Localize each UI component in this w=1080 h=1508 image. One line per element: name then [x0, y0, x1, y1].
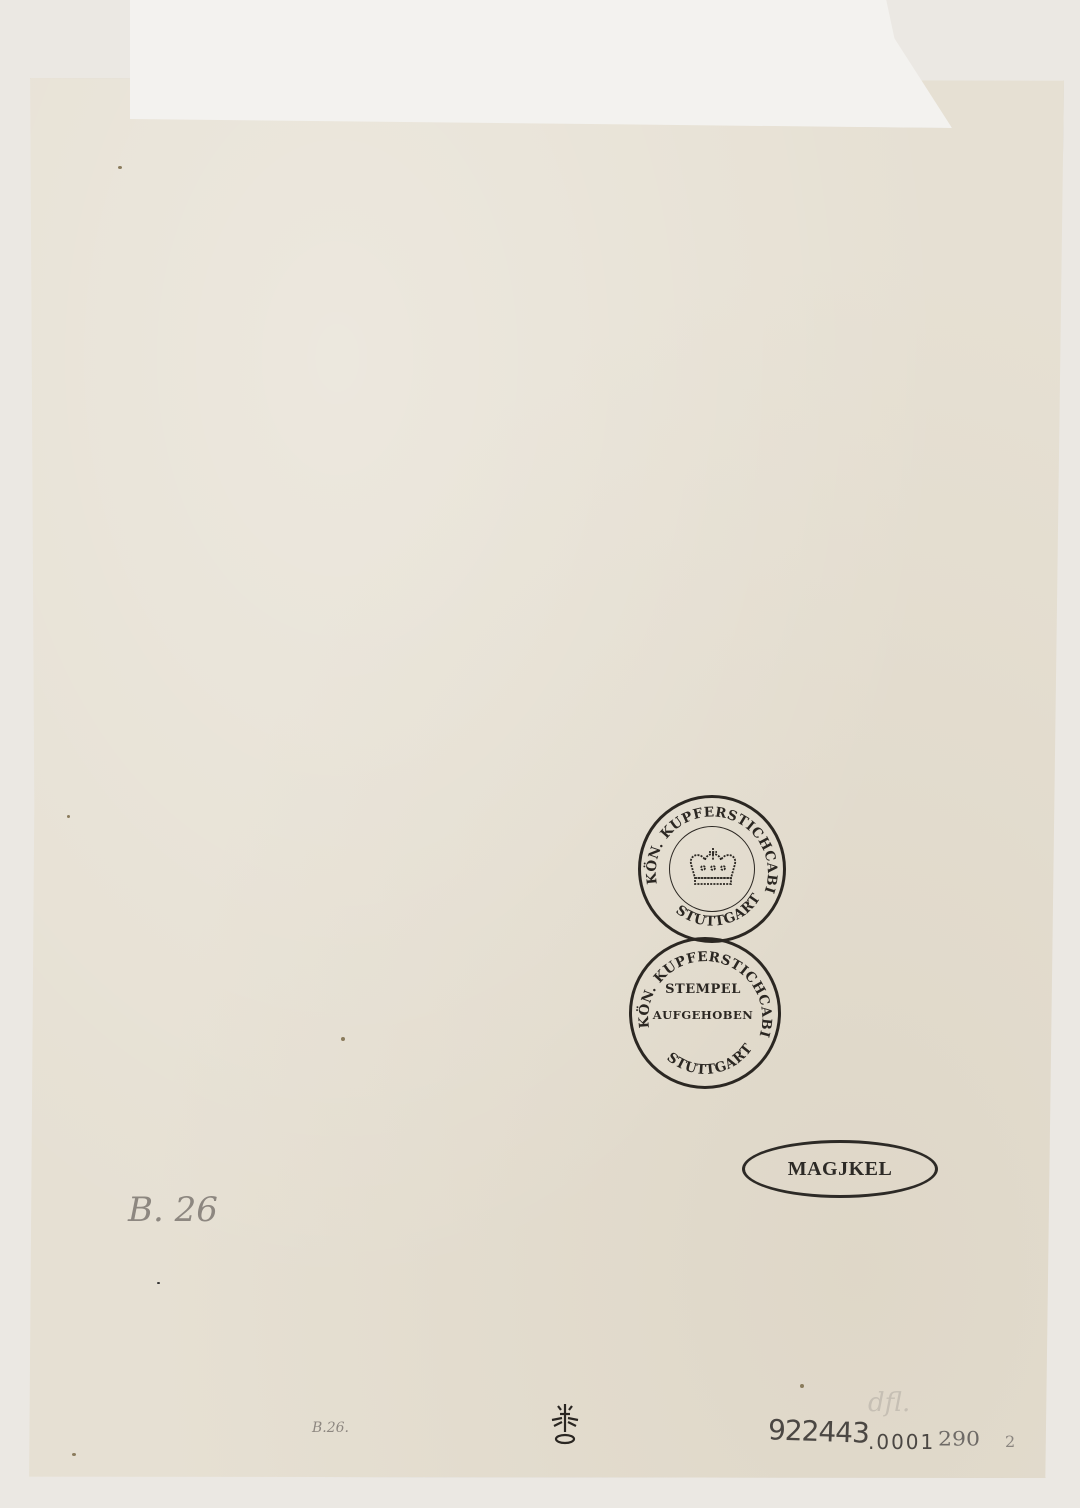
oval-name-stamp: MAGJKEL [742, 1140, 938, 1198]
foxing-speck [67, 815, 70, 818]
foxing-speck [157, 1282, 160, 1284]
pencil-reference-small: B.26. [312, 1420, 349, 1436]
hinge-tape [130, 0, 952, 128]
stamp-center-line-1: STEMPEL [632, 982, 774, 997]
foxing-speck [72, 1453, 76, 1456]
document-photo: KÖN. KUPFERSTICHCABINET STUTTGART KÖN. K… [0, 0, 1080, 1508]
inventory-number: 922443 [767, 1413, 869, 1450]
pencil-initials: dfl. [868, 1388, 910, 1418]
foxing-speck [341, 1037, 345, 1041]
collection-stamp-crown: KÖN. KUPFERSTICHCABINET STUTTGART [638, 795, 786, 943]
crown-icon [685, 842, 741, 892]
plant-collector-mark-icon [548, 1400, 582, 1446]
pencil-reference-large: B. 26 [128, 1190, 218, 1230]
oval-stamp-text: MAGJKEL [788, 1158, 893, 1181]
svg-text:STUTTGART: STUTTGART [664, 1041, 756, 1078]
cancellation-stamp: KÖN. KUPFERSTICHCABINET STUTTGART STEMPE… [629, 937, 781, 1089]
pencil-mark: 2 [1005, 1432, 1015, 1451]
stamp-center-line-2: AUFGEHOBEN [632, 1008, 774, 1022]
paper-sheet [26, 78, 1064, 1478]
foxing-speck [800, 1384, 804, 1388]
foxing-speck [118, 166, 122, 169]
inventory-suffix: .0001 [868, 1430, 935, 1454]
pencil-code: 290 [938, 1428, 980, 1451]
